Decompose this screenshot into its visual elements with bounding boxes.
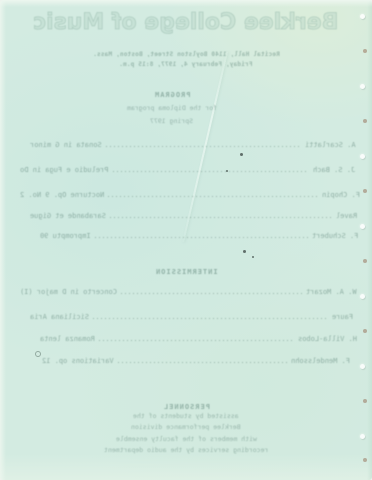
dotted-leader [108, 196, 318, 197]
binding-hole [363, 189, 367, 193]
program-row: Romanza lentaH. Villa-Lobos [40, 335, 357, 343]
binding-hole [360, 14, 365, 19]
program-row: Sarabande et GigueRavel [30, 212, 357, 220]
binding-hole [360, 294, 365, 299]
logo-text: Berklee College of Music [33, 10, 338, 35]
scanned-program-page: Berklee College of Music Recital Hall, 1… [0, 0, 372, 480]
program-row: Nocturne Op. 9 No. 2F. Chopin [20, 191, 360, 199]
program-subline-2: Spring 1977 [0, 108, 344, 127]
footer-note: assisted by students of the Berklee perf… [0, 409, 372, 455]
binding-hole [363, 399, 367, 403]
dotted-leader [118, 362, 287, 363]
binding-hole [360, 364, 365, 369]
ink-speck [243, 250, 246, 253]
binding-hole [363, 329, 367, 333]
program-row: Impromptu 90F. Schubert [40, 232, 358, 240]
dotted-leader [93, 318, 328, 319]
dotted-leader [113, 171, 309, 172]
header-logo: Berklee College of Music [0, 10, 372, 35]
binding-hole [360, 84, 365, 89]
binding-hole [363, 458, 367, 462]
binding-hole [363, 119, 367, 123]
dotted-leader [95, 237, 308, 238]
program-row: Concerto in D major (I)W. A. Mozart [20, 288, 357, 296]
binding-hole [363, 49, 367, 53]
binding-hole [360, 224, 365, 229]
binding-hole [360, 434, 365, 439]
ink-speck [252, 256, 254, 258]
program-row: Variations op. 12F. Mendelssohn [42, 357, 350, 365]
binding-hole [363, 259, 367, 263]
ink-speck [240, 153, 243, 156]
dotted-leader [110, 217, 332, 218]
ink-speck [35, 351, 41, 357]
dotted-leader [99, 340, 294, 341]
program-row: Sonata in G minorA. Scarlatti [30, 141, 356, 149]
dotted-leader [106, 146, 302, 147]
binding-hole [360, 154, 365, 159]
ink-speck [226, 170, 228, 172]
program-row: Preludio e Fuga in DoJ. S. Bach [20, 166, 355, 174]
program-row: Siciliana AriaFaure [30, 313, 353, 321]
header-date: Friday, February 4, 1977, 8:15 p.m. [0, 51, 372, 70]
intermission-label: INTERMISSION [0, 259, 372, 278]
dotted-leader [121, 293, 302, 294]
